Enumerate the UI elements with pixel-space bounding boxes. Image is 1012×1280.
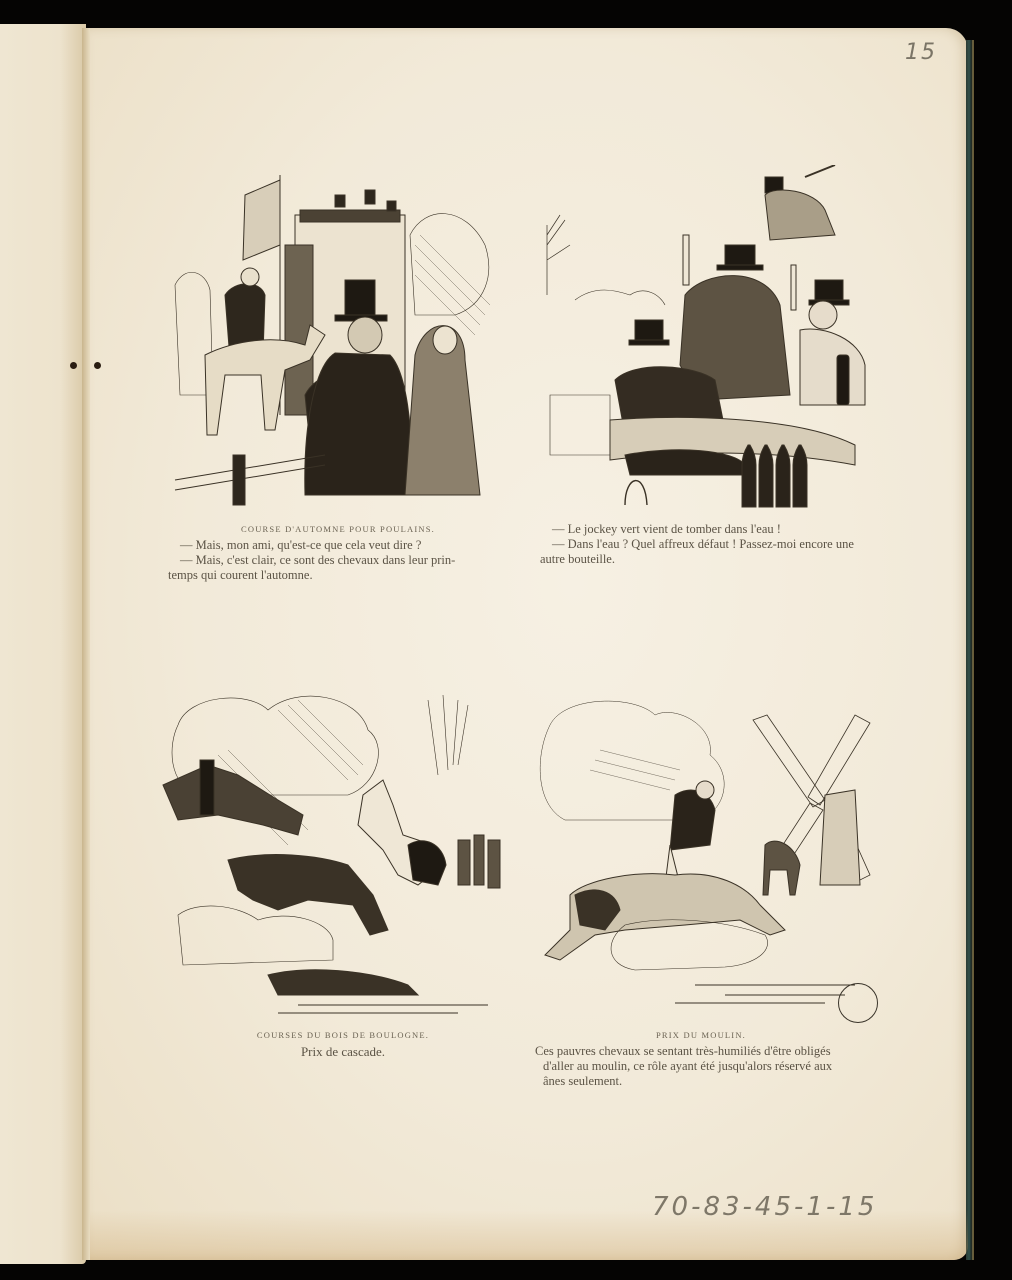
caption-line: — Dans l'eau ? Quel affreux défaut ! Pas…	[540, 537, 872, 552]
illustration-autumn-race	[165, 165, 515, 510]
binding-holes	[70, 362, 110, 374]
caption-line: Ces pauvres chevaux se sentant très-humi…	[535, 1044, 867, 1059]
caption-line: — Mais, mon ami, qu'est-ce que cela veut…	[168, 538, 508, 553]
caption-line: — Le jockey vert vient de tomber dans l'…	[540, 522, 872, 537]
illustration-cascade-race	[158, 685, 518, 1020]
caption-mill-race: Prix du moulin. Ces pauvres chevaux se s…	[535, 1028, 867, 1089]
inventory-number: 70-83-45-1-15	[652, 1192, 877, 1222]
page-number: 15	[905, 40, 937, 65]
caption-title: Courses du bois de Boulogne.	[228, 1028, 458, 1043]
binding-hole	[70, 362, 77, 369]
illustration-mill-race	[525, 685, 885, 1020]
caption-cascade-race: Courses du bois de Boulogne. Prix de cas…	[228, 1028, 458, 1059]
caption-line: autre bouteille.	[540, 552, 872, 567]
caption-subtitle: Prix de cascade.	[228, 1044, 458, 1059]
facing-page-left	[0, 24, 86, 1264]
caption-line: temps qui courent l'automne.	[168, 568, 508, 583]
cover-edge	[966, 40, 974, 1260]
caption-line: d'aller au moulin, ce rôle ayant été jus…	[535, 1059, 867, 1074]
caption-autumn-race: Course d'automne pour poulains. — Mais, …	[168, 522, 508, 583]
illustration-champagne-carriage	[535, 165, 870, 510]
caption-line: — Mais, c'est clair, ce sont des chevaux…	[168, 553, 508, 568]
caption-line: ânes seulement.	[535, 1074, 867, 1089]
binding-hole	[94, 362, 101, 369]
caption-title: Prix du moulin.	[535, 1028, 867, 1043]
caption-title: Course d'automne pour poulains.	[168, 522, 508, 537]
caption-champagne-carriage: — Le jockey vert vient de tomber dans l'…	[540, 522, 872, 567]
library-stamp	[838, 983, 878, 1023]
